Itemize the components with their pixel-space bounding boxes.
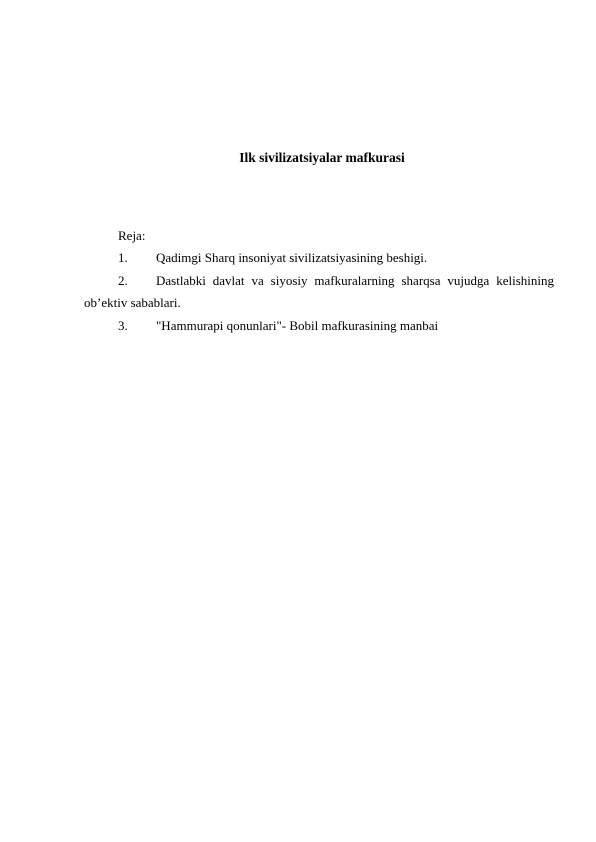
plan-label: Reja: [118, 228, 145, 244]
plan-item-continuation: ob’ektiv sabablari. [84, 295, 181, 311]
plan-item-number: 2. [118, 273, 128, 289]
plan-item-text: "Hammurapi qonunlari"- Bobil mafkurasini… [156, 318, 438, 334]
plan-item-number: 3. [118, 318, 128, 334]
plan-item-text: Qadimgi Sharq insoniyat sivilizatsiyasin… [156, 250, 427, 266]
plan-item-number: 1. [118, 250, 128, 266]
document-title: Ilk sivilizatsiyalar mafkurasi [24, 150, 596, 166]
plan-item-text: Dastlabki davlat va siyosiy mafkuralarni… [156, 273, 554, 289]
